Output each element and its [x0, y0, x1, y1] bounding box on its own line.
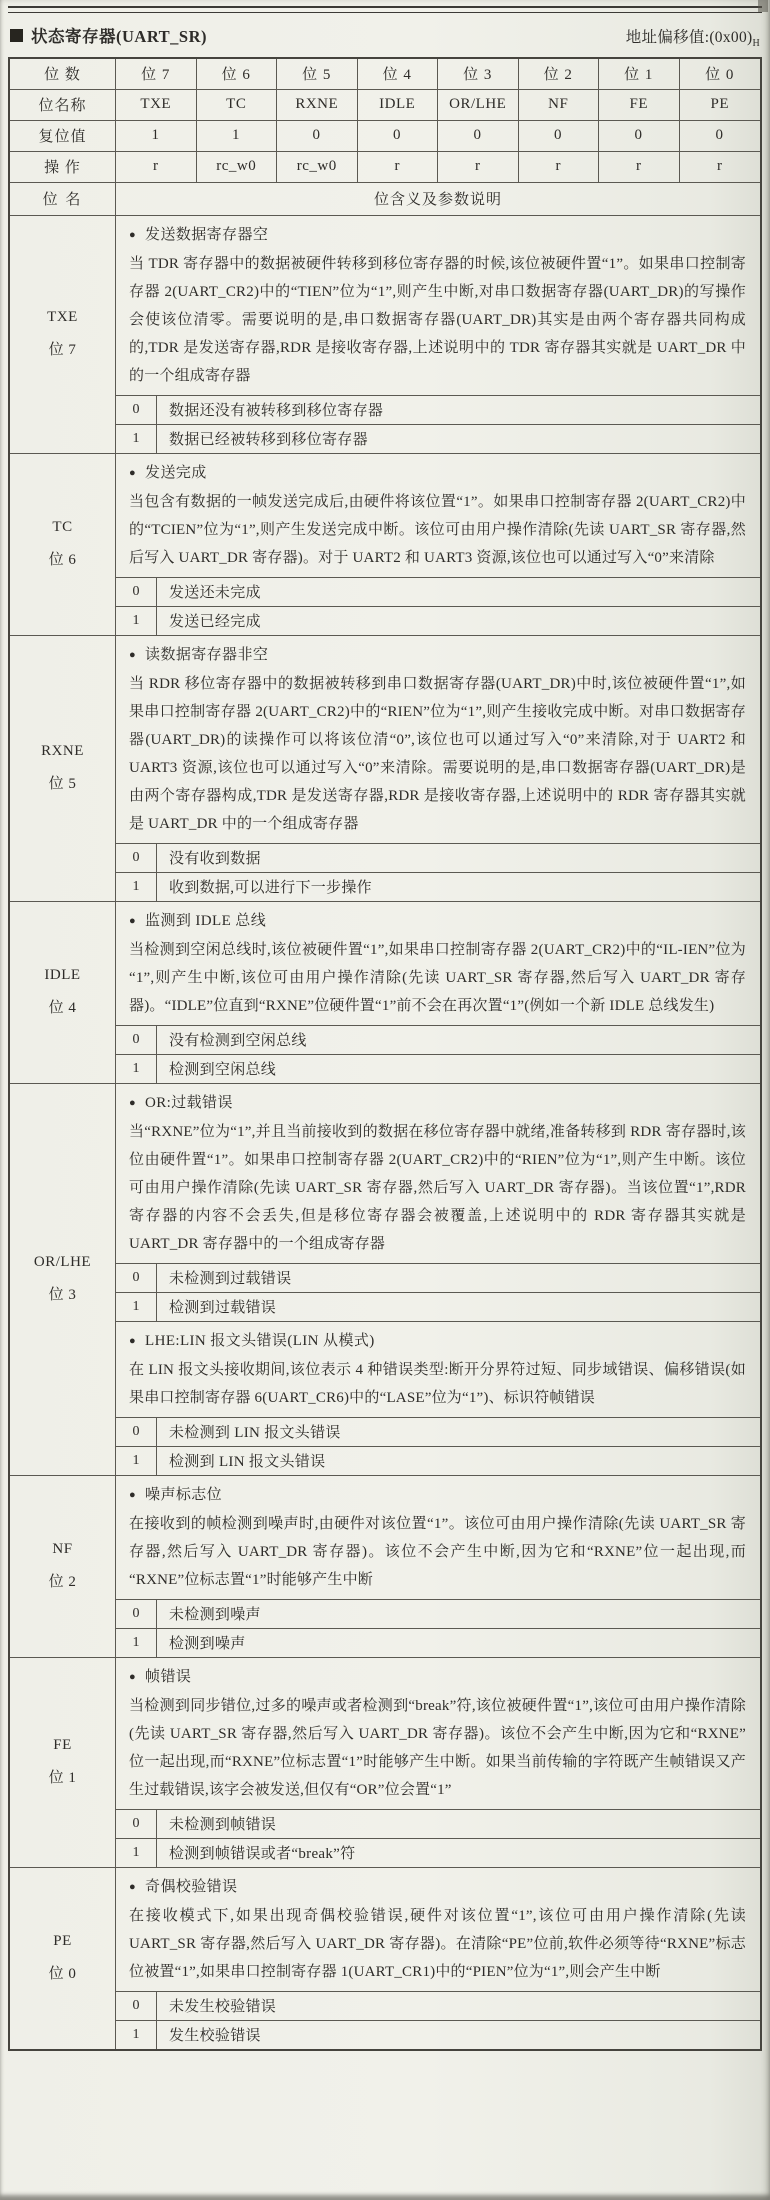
bit-name: FE — [599, 90, 680, 121]
bit-name: TC — [197, 90, 278, 121]
section-marker-icon — [10, 29, 23, 42]
value-code: 1 — [116, 1055, 157, 1083]
value-meaning: 未发生校验错误 — [157, 1992, 760, 2020]
bit-function-title: 帧错误 — [145, 1663, 191, 1691]
bit-description: 在接收模式下,如果出现奇偶校验错误,硬件对该位置“1”,该位可由用户操作清除(先… — [129, 1902, 746, 1986]
operation: rc_w0 — [277, 152, 358, 183]
bit-section-name: IDLE — [44, 967, 80, 984]
bit-section-bit: 位 3 — [49, 1283, 77, 1304]
value-code: 1 — [116, 2021, 157, 2049]
value-meaning: 发送还未完成 — [157, 578, 760, 606]
bit-number: 位 3 — [438, 59, 519, 90]
bit-section-bit: 位 2 — [49, 1570, 77, 1591]
bullet-icon: ● — [129, 1327, 136, 1355]
bit-name: PE — [680, 90, 761, 121]
bit-section-name: TXE — [47, 309, 78, 326]
reset-value: 0 — [680, 121, 761, 152]
reset-value: 0 — [599, 121, 680, 152]
bit-section-bit: 位 6 — [49, 548, 77, 569]
reset-value: 0 — [277, 121, 358, 152]
bit-section-bit: 位 0 — [49, 1962, 77, 1983]
register-header: 状态寄存器(UART_SR) 地址偏移值:(0x00)H — [8, 23, 762, 57]
register-description-table: 位 数 位 7 位 6 位 5 位 4 位 3 位 2 位 1 位 0 位名称 … — [8, 57, 762, 2051]
value-row: 1 数据已经被转移到移位寄存器 — [116, 424, 760, 453]
bit-section-nf: NF 位 2 ●噪声标志位 在接收到的帧检测到噪声时,由硬件对该位置“1”。该位… — [10, 1476, 760, 1658]
value-row: 0 未检测到噪声 — [116, 1599, 760, 1628]
bit-section-name: OR/LHE — [34, 1254, 91, 1271]
value-meaning: 检测到噪声 — [157, 1629, 760, 1657]
description-header-row: 位 名 位含义及参数说明 — [10, 183, 760, 216]
value-code: 0 — [116, 1264, 157, 1292]
bit-section-rxne: RXNE 位 5 ●读数据寄存器非空 当 RDR 移位寄存器中的数据被转移到串口… — [10, 636, 760, 902]
value-code: 0 — [116, 844, 157, 872]
operation: r — [599, 152, 680, 183]
bit-section-bit: 位 5 — [49, 772, 77, 793]
value-row: 1 检测到空闲总线 — [116, 1054, 760, 1083]
bit-number: 位 1 — [599, 59, 680, 90]
operation: r — [438, 152, 519, 183]
value-code: 0 — [116, 578, 157, 606]
bit-summary-table: 位 数 位 7 位 6 位 5 位 4 位 3 位 2 位 1 位 0 位名称 … — [10, 59, 760, 183]
value-row: 0 没有收到数据 — [116, 843, 760, 872]
bit-section-tc: TC 位 6 ●发送完成 当包含有数据的一帧发送完成后,由硬件将该位置“1”。如… — [10, 454, 760, 636]
bit-name: IDLE — [358, 90, 439, 121]
value-row: 1 收到数据,可以进行下一步操作 — [116, 872, 760, 901]
value-meaning: 发生校验错误 — [157, 2021, 760, 2049]
bit-name: NF — [519, 90, 600, 121]
value-code: 0 — [116, 1026, 157, 1054]
value-row: 1 检测到噪声 — [116, 1628, 760, 1657]
bit-description: 当包含有数据的一帧发送完成后,由硬件将该位置“1”。如果串口控制寄存器 2(UA… — [129, 488, 746, 572]
value-row: 0 未检测到帧错误 — [116, 1809, 760, 1838]
value-row: 1 发送已经完成 — [116, 606, 760, 635]
bit-function-title: 发送完成 — [145, 459, 207, 487]
bit-section-name: NF — [52, 1541, 72, 1558]
value-row: 1 检测到 LIN 报文头错误 — [116, 1446, 760, 1475]
bit-function-title: 监测到 IDLE 总线 — [145, 907, 266, 935]
row-header-operation: 操 作 — [10, 152, 116, 183]
bit-function-title: 奇偶校验错误 — [145, 1873, 237, 1901]
page-title: 状态寄存器(UART_SR) — [31, 23, 207, 47]
bit-name: OR/LHE — [438, 90, 519, 121]
bit-function-title: 发送数据寄存器空 — [145, 221, 268, 249]
reset-value: 0 — [519, 121, 600, 152]
value-meaning: 数据还没有被转移到移位寄存器 — [157, 396, 760, 424]
value-meaning: 没有收到数据 — [157, 844, 760, 872]
value-code: 1 — [116, 1447, 157, 1475]
value-row: 1 发生校验错误 — [116, 2020, 760, 2049]
value-row: 1 检测到帧错误或者“break”符 — [116, 1838, 760, 1867]
bit-section-bit: 位 4 — [49, 996, 77, 1017]
operation: r — [680, 152, 761, 183]
value-code: 1 — [116, 873, 157, 901]
value-code: 0 — [116, 1418, 157, 1446]
value-meaning: 收到数据,可以进行下一步操作 — [157, 873, 760, 901]
bit-section-fe: FE 位 1 ●帧错误 当检测到同步错位,过多的噪声或者检测到“break”符,… — [10, 1658, 760, 1868]
value-code: 0 — [116, 1600, 157, 1628]
reset-value: 0 — [358, 121, 439, 152]
value-meaning: 没有检测到空闲总线 — [157, 1026, 760, 1054]
bit-description: 当检测到空闲总线时,该位被硬件置“1”,如果串口控制寄存器 2(UART_CR2… — [129, 936, 746, 1020]
value-meaning: 数据已经被转移到移位寄存器 — [157, 425, 760, 453]
bit-section-or-lhe: OR/LHE 位 3 ●OR:过载错误 当“RXNE”位为“1”,并且当前接收到… — [10, 1084, 760, 1476]
value-meaning: 未检测到噪声 — [157, 1600, 760, 1628]
page-top-rule — [8, 6, 762, 13]
bit-section-pe: PE 位 0 ●奇偶校验错误 在接收模式下,如果出现奇偶校验错误,硬件对该位置“… — [10, 1868, 760, 2049]
scanned-page: 状态寄存器(UART_SR) 地址偏移值:(0x00)H 位 数 位 7 位 6… — [0, 0, 770, 2200]
reset-value: 1 — [197, 121, 278, 152]
bit-description: 当 TDR 寄存器中的数据被硬件转移到移位寄存器的时候,该位被硬件置“1”。如果… — [129, 250, 746, 390]
bit-number: 位 4 — [358, 59, 439, 90]
bit-description: 在 LIN 报文头接收期间,该位表示 4 种错误类型:断开分界符过短、同步域错误… — [129, 1356, 746, 1412]
row-header-bitname: 位 名 — [10, 183, 116, 216]
value-row: 0 未检测到 LIN 报文头错误 — [116, 1417, 760, 1446]
bit-description: 在接收到的帧检测到噪声时,由硬件对该位置“1”。该位可由用户操作清除(先读 UA… — [129, 1510, 746, 1594]
bullet-icon: ● — [129, 907, 136, 935]
address-offset: 地址偏移值:(0x00)H — [626, 25, 760, 49]
bullet-icon: ● — [129, 1089, 136, 1117]
scan-artifact — [758, 0, 768, 12]
bit-section-bit: 位 7 — [49, 338, 77, 359]
bit-description: 当“RXNE”位为“1”,并且当前接收到的数据在移位寄存器中就绪,准备转移到 R… — [129, 1118, 746, 1258]
bit-number: 位 7 — [116, 59, 197, 90]
value-code: 0 — [116, 1810, 157, 1838]
value-row: 0 没有检测到空闲总线 — [116, 1025, 760, 1054]
value-meaning: 检测到空闲总线 — [157, 1055, 760, 1083]
value-row: 0 发送还未完成 — [116, 577, 760, 606]
operation: r — [519, 152, 600, 183]
bullet-icon: ● — [129, 1873, 136, 1901]
bit-name: TXE — [116, 90, 197, 121]
bit-description: 当检测到同步错位,过多的噪声或者检测到“break”符,该位被硬件置“1”,该位… — [129, 1692, 746, 1804]
value-row: 0 未发生校验错误 — [116, 1991, 760, 2020]
bit-number: 位 0 — [680, 59, 761, 90]
value-meaning: 发送已经完成 — [157, 607, 760, 635]
bit-number: 位 5 — [277, 59, 358, 90]
bit-section-bit: 位 1 — [49, 1766, 77, 1787]
value-row: 1 检测到过载错误 — [116, 1292, 760, 1321]
bullet-icon: ● — [129, 459, 136, 487]
bit-number: 位 6 — [197, 59, 278, 90]
row-header-bits: 位 数 — [10, 59, 116, 90]
value-row: 0 数据还没有被转移到移位寄存器 — [116, 395, 760, 424]
value-code: 0 — [116, 396, 157, 424]
value-meaning: 检测到 LIN 报文头错误 — [157, 1447, 760, 1475]
bullet-icon: ● — [129, 221, 136, 249]
value-meaning: 检测到过载错误 — [157, 1293, 760, 1321]
description-header: 位含义及参数说明 — [116, 183, 760, 216]
value-row: 0 未检测到过载错误 — [116, 1263, 760, 1292]
value-code: 1 — [116, 1293, 157, 1321]
reset-value: 0 — [438, 121, 519, 152]
bit-section-name: RXNE — [41, 743, 84, 760]
bit-function-title: LHE:LIN 报文头错误(LIN 从模式) — [145, 1327, 375, 1355]
value-code: 1 — [116, 607, 157, 635]
bit-section-name: TC — [52, 519, 72, 536]
value-code: 1 — [116, 1839, 157, 1867]
value-meaning: 未检测到帧错误 — [157, 1810, 760, 1838]
row-header-names: 位名称 — [10, 90, 116, 121]
value-meaning: 未检测到过载错误 — [157, 1264, 760, 1292]
bullet-icon: ● — [129, 641, 136, 669]
value-code: 1 — [116, 1629, 157, 1657]
value-code: 1 — [116, 425, 157, 453]
bit-function-title: 噪声标志位 — [145, 1481, 222, 1509]
operation: rc_w0 — [197, 152, 278, 183]
reset-value: 1 — [116, 121, 197, 152]
bit-function-title: OR:过载错误 — [145, 1089, 233, 1117]
bullet-icon: ● — [129, 1663, 136, 1691]
bullet-icon: ● — [129, 1481, 136, 1509]
bit-name: RXNE — [277, 90, 358, 121]
bit-section-txe: TXE 位 7 ●发送数据寄存器空 当 TDR 寄存器中的数据被硬件转移到移位寄… — [10, 216, 760, 454]
bit-section-name: FE — [53, 1737, 72, 1754]
bit-section-idle: IDLE 位 4 ●监测到 IDLE 总线 当检测到空闲总线时,该位被硬件置“1… — [10, 902, 760, 1084]
operation: r — [116, 152, 197, 183]
bit-number: 位 2 — [519, 59, 600, 90]
value-meaning: 检测到帧错误或者“break”符 — [157, 1839, 760, 1867]
value-code: 0 — [116, 1992, 157, 2020]
operation: r — [358, 152, 439, 183]
bit-section-name: PE — [53, 1933, 72, 1950]
address-subscript: H — [752, 38, 760, 49]
row-header-reset: 复位值 — [10, 121, 116, 152]
bit-description: 当 RDR 移位寄存器中的数据被转移到串口数据寄存器(UART_DR)中时,该位… — [129, 670, 746, 838]
bit-function-title: 读数据寄存器非空 — [145, 641, 268, 669]
value-meaning: 未检测到 LIN 报文头错误 — [157, 1418, 760, 1446]
